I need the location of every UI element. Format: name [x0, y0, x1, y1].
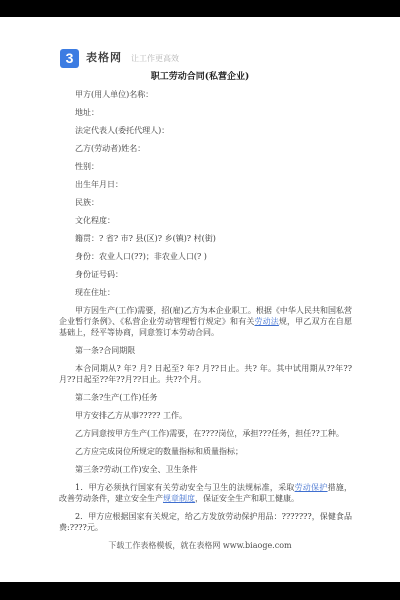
document-page: 3 表格网 让工作更高效 职工劳动合同(私营企业) 甲方(用人单位)名称：地址：… — [0, 17, 400, 582]
doc-line-field: 甲方(用人单位)名称： — [59, 89, 352, 100]
doc-line-heading: 第二条?生产(工作)任务 — [59, 392, 352, 403]
biaoge-logo-icon: 3 — [60, 49, 79, 68]
doc-line-para: 2．甲方应根据国家有关规定，给乙方发放劳动保护用品：???????，保健食品费:… — [59, 511, 352, 533]
doc-line-para: 1．甲方必须执行国家有关劳动安全与卫生的法规标准，采取劳动保护措施，改善劳动条件… — [59, 482, 352, 504]
doc-line-para: 甲方安排乙方从事????? 工作。 — [59, 410, 352, 421]
doc-line-field: 性别： — [59, 161, 352, 172]
doc-line-para: 乙方应完成岗位所规定的数量指标和质量指标； — [59, 446, 352, 457]
doc-line-field: 乙方(劳动者)姓名： — [59, 143, 352, 154]
doc-line-heading: 第一条?合同期限 — [59, 345, 352, 356]
footer-note: 下载工作表格模板，就在表格网 www.biaoge.com — [0, 540, 400, 551]
doc-line-para: 乙方同意按甲方生产(工作)需要，在????岗位，承担???任务，担任??工种。 — [59, 428, 352, 439]
doc-inline-link[interactable]: 劳动保护 — [295, 483, 328, 492]
doc-line-field: 文化程度： — [59, 215, 352, 226]
bottom-letterbox-bar — [0, 582, 400, 600]
doc-line-field: 身份证号码： — [59, 269, 352, 280]
doc-line-field: 籍贯：? 省? 市? 县(区)? 乡(镇)? 村(街) — [59, 233, 352, 244]
doc-line-field: 出生年月日： — [59, 179, 352, 190]
brand-slogan: 让工作更高效 — [131, 49, 179, 68]
doc-line-heading: 第三条?劳动(工作)安全、卫生条件 — [59, 464, 352, 475]
contract-body: 甲方(用人单位)名称：地址：法定代表人(委托代理人)：乙方(劳动者)姓名：性别：… — [59, 89, 352, 533]
doc-line-para: 本合同期从? 年? 月? 日起至? 年? 月??日止。共? 年。其中试用期从??… — [59, 363, 352, 385]
top-letterbox-bar — [0, 0, 400, 17]
brand-name: 表格网 — [86, 49, 122, 68]
contract-title: 职工劳动合同(私营企业) — [30, 71, 370, 83]
screenshot-viewport: 3 表格网 让工作更高效 职工劳动合同(私营企业) 甲方(用人单位)名称：地址：… — [0, 0, 400, 600]
doc-line-field: 地址： — [59, 107, 352, 118]
doc-line-field: 法定代表人(委托代理人)： — [59, 125, 352, 136]
site-header: 3 表格网 让工作更高效 — [60, 49, 400, 68]
doc-line-field: 民族： — [59, 197, 352, 208]
doc-inline-link[interactable]: 规章制度 — [163, 494, 195, 503]
doc-line-para: 甲方因生产(工作)需要，招(雇)乙方为本企业职工。根据《中华人民共和国私营企业暂… — [59, 305, 352, 338]
doc-line-field: 身份：农业人口(??)；非农业人口(? ) — [59, 251, 352, 262]
doc-line-field: 现在住址： — [59, 287, 352, 298]
doc-inline-link[interactable]: 劳动法 — [254, 317, 278, 326]
